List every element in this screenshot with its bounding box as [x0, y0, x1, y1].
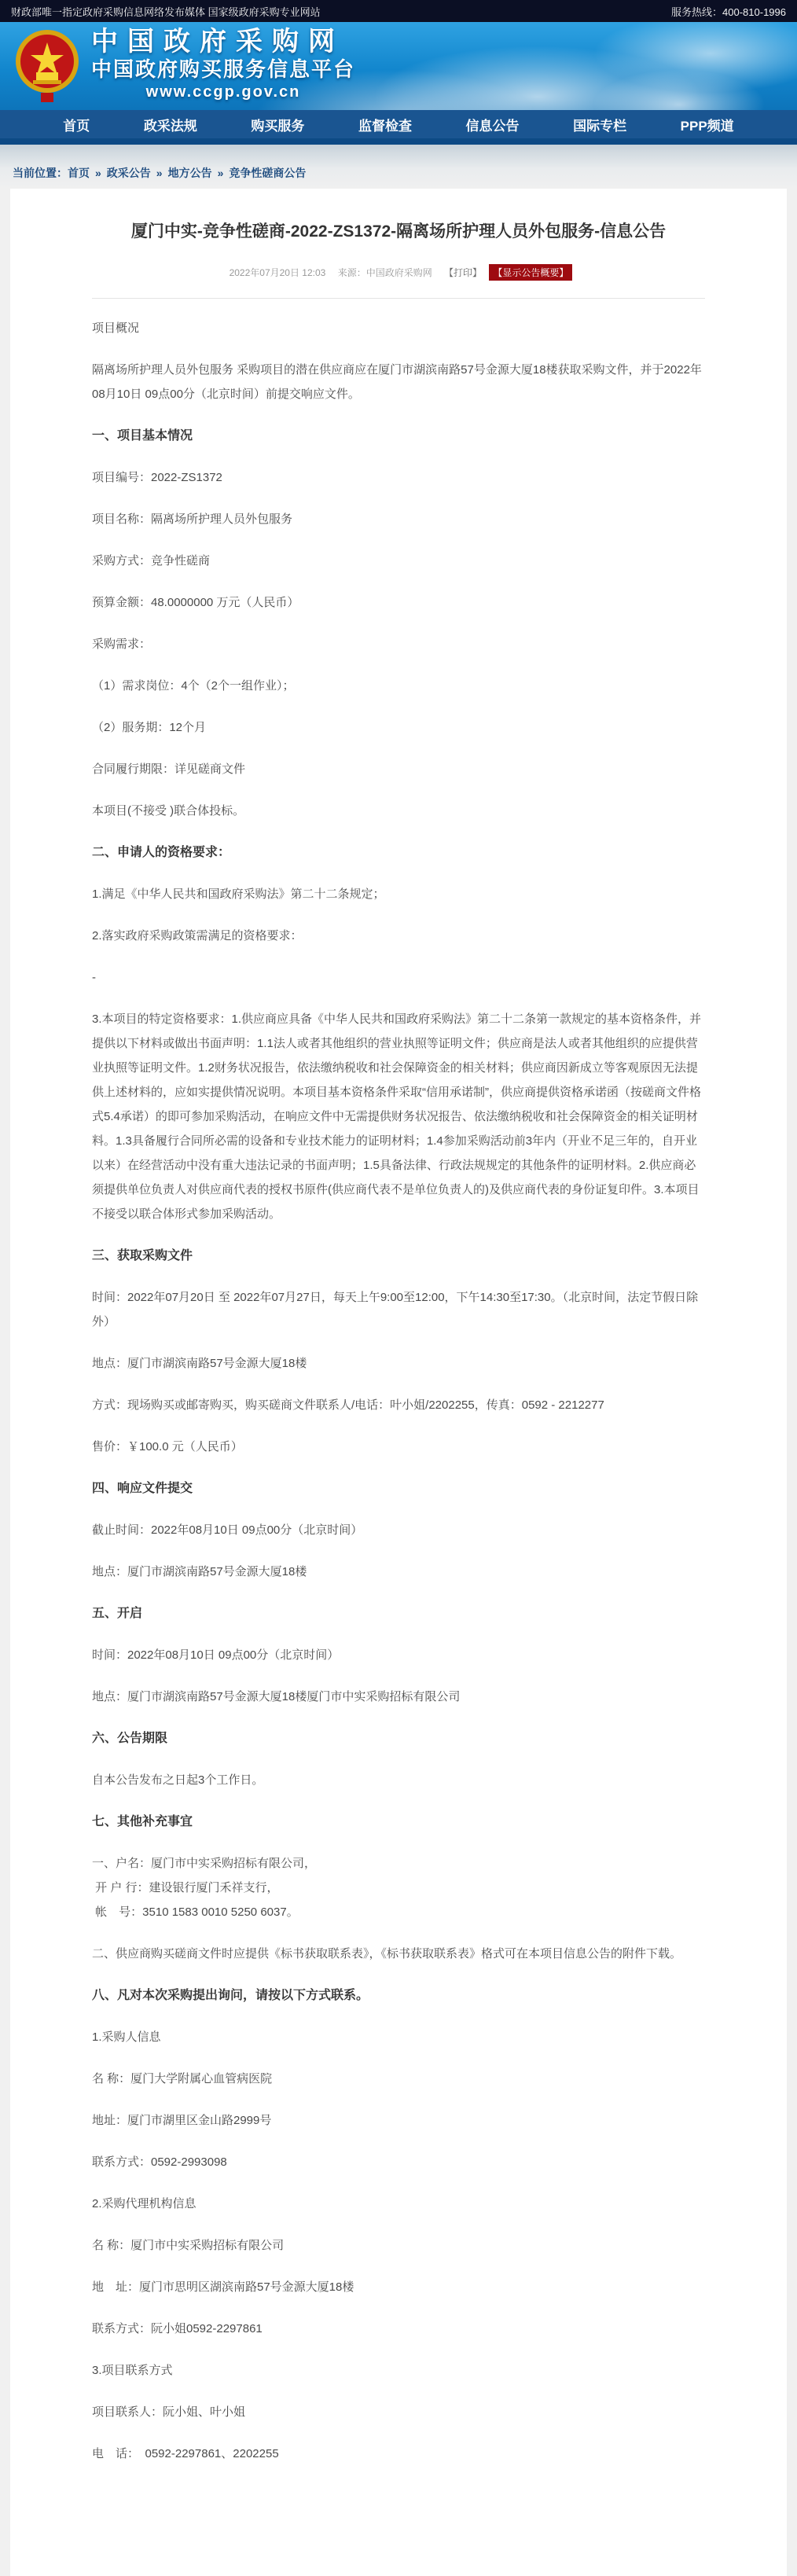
page: 财政部唯一指定政府采购信息网络发布媒体 国家级政府采购专业网站 服务热线：400…: [0, 0, 797, 2576]
breadcrumb-separator: »: [156, 167, 163, 179]
article-paragraph: 电 话： 0592-2297861、2202255: [92, 2442, 705, 2466]
article-paragraph: 时间：2022年08月10日 09点00分（北京时间）: [92, 1643, 705, 1667]
main-nav: 首页政采法规购买服务监督检查信息公告国际专栏PPP频道: [0, 110, 797, 145]
article-paragraph: 采购方式：竞争性磋商: [92, 549, 705, 573]
article-paragraph: 1.采购人信息: [92, 2025, 705, 2049]
breadcrumb-bar: 当前位置：首页»政采公告»地方公告»竞争性磋商公告: [0, 145, 797, 189]
article-paragraph: 预算金额：48.0000000 万元（人民币）: [92, 590, 705, 615]
article-paragraph: 项目联系人：阮小姐、叶小姐: [92, 2400, 705, 2424]
section-heading: 八、凡对本次采购提出询问，请按以下方式联系。: [92, 1983, 705, 2008]
article-paragraph: 地点：厦门市湖滨南路57号金源大厦18楼厦门市中实采购招标有限公司: [92, 1685, 705, 1709]
source-label: 来源：中国政府采购网: [338, 267, 432, 278]
article-paragraph: 售价：￥100.0 元（人民币）: [92, 1435, 705, 1459]
breadcrumb-item-1[interactable]: 首页: [68, 167, 90, 179]
national-emblem-icon: [14, 27, 80, 102]
article-paragraph: 项目概况: [92, 316, 705, 340]
section-heading: 五、开启: [92, 1601, 705, 1626]
article-paragraph: 1.满足《中华人民共和国政府采购法》第二十二条规定；: [92, 882, 705, 906]
section-heading: 七、其他补充事宜: [92, 1810, 705, 1834]
breadcrumb-item-4[interactable]: 竞争性磋商公告: [229, 167, 306, 179]
article-paragraph: 二、供应商购买磋商文件时应提供《标书获取联系表》，《标书获取联系表》格式可在本项…: [92, 1942, 705, 1966]
service-hotline-text: 服务热线：400-810-1996: [671, 4, 786, 19]
divider: [92, 298, 705, 299]
breadcrumb-item-2[interactable]: 政采公告: [107, 167, 151, 179]
article-paragraph: 3.项目联系方式: [92, 2358, 705, 2383]
print-button[interactable]: 【打印】: [444, 267, 482, 278]
nav-item-7[interactable]: PPP频道: [681, 115, 734, 134]
article-body: 项目概况隔离场所护理人员外包服务 采购项目的潜在供应商应在厦门市湖滨南路57号金…: [92, 316, 705, 2466]
article-paragraph: 隔离场所护理人员外包服务 采购项目的潜在供应商应在厦门市湖滨南路57号金源大厦1…: [92, 358, 705, 406]
page-title: 厦门中实-竞争性磋商-2022-ZS1372-隔离场所护理人员外包服务-信息公告: [92, 220, 705, 244]
article-paragraph: 自本公告发布之日起3个工作日。: [92, 1768, 705, 1792]
article-meta: 2022年07月20日 12:03 来源：中国政府采购网 【打印】 【显示公告概…: [92, 264, 705, 281]
breadcrumb-item-3[interactable]: 地方公告: [168, 167, 212, 179]
article-paragraph: 地点：厦门市湖滨南路57号金源大厦18楼: [92, 1351, 705, 1376]
article-paragraph: 方式：现场购买或邮寄购买，购买磋商文件联系人/电话：叶小姐/2202255，传真…: [92, 1393, 705, 1417]
breadcrumb-label: 当前位置：: [13, 167, 68, 179]
article-paragraph: 本项目(不接受 )联合体投标。: [92, 799, 705, 823]
article-paragraph: 2.落实政府采购政策需满足的资格要求：: [92, 924, 705, 948]
nav-item-2[interactable]: 政采法规: [144, 115, 197, 134]
article-paragraph: 地 址：厦门市思明区湖滨南路57号金源大厦18楼: [92, 2275, 705, 2299]
article-paragraph: 地点：厦门市湖滨南路57号金源大厦18楼: [92, 1560, 705, 1584]
site-header: 中国政府采购网 中国政府购买服务信息平台 www.ccgp.gov.cn: [0, 22, 797, 110]
article-paragraph: 项目名称：隔离场所护理人员外包服务: [92, 507, 705, 531]
article-paragraph: 截止时间：2022年08月10日 09点00分（北京时间）: [92, 1518, 705, 1542]
show-summary-button[interactable]: 【显示公告概要】: [489, 264, 572, 281]
section-heading: 四、响应文件提交: [92, 1476, 705, 1501]
site-brand[interactable]: 中国政府采购网 中国政府购买服务信息平台 www.ccgp.gov.cn: [14, 27, 355, 102]
nav-item-3[interactable]: 购买服务: [251, 115, 304, 134]
breadcrumb-separator: »: [218, 167, 224, 179]
nav-item-1[interactable]: 首页: [63, 115, 90, 134]
nav-item-4[interactable]: 监督检查: [358, 115, 412, 134]
article-paragraph: （1）需求岗位：4个（2个一组作业）；: [92, 674, 705, 698]
media-statement-text: 财政部唯一指定政府采购信息网络发布媒体 国家级政府采购专业网站: [11, 4, 321, 19]
article-paragraph: 2.采购代理机构信息: [92, 2192, 705, 2216]
article-paragraph: 地址：厦门市湖里区金山路2999号: [92, 2108, 705, 2133]
section-heading: 三、获取采购文件: [92, 1244, 705, 1268]
top-utility-bar: 财政部唯一指定政府采购信息网络发布媒体 国家级政府采购专业网站 服务热线：400…: [0, 0, 797, 22]
breadcrumb-separator: »: [95, 167, 101, 179]
brand-text: 中国政府采购网 中国政府购买服务信息平台 www.ccgp.gov.cn: [91, 27, 355, 102]
breadcrumb: 当前位置：首页»政采公告»地方公告»竞争性磋商公告: [13, 165, 306, 181]
section-heading: 一、项目基本情况: [92, 424, 705, 448]
site-title: 中国政府采购网: [91, 27, 355, 57]
site-subtitle: 中国政府购买服务信息平台: [91, 57, 355, 82]
section-heading: 二、申请人的资格要求：: [92, 840, 705, 865]
publish-datetime: 2022年07月20日 12:03: [230, 267, 326, 278]
article-paragraph: 项目编号：2022-ZS1372: [92, 465, 705, 490]
article-paragraph: 联系方式：阮小姐0592-2297861: [92, 2317, 705, 2341]
site-url: www.ccgp.gov.cn: [91, 82, 355, 102]
section-heading: 六、公告期限: [92, 1726, 705, 1751]
article-paragraph: 合同履行期限：详见磋商文件: [92, 757, 705, 781]
article-paragraph: 一、户名：厦门市中实采购招标有限公司， 开 户 行：建设银行厦门禾祥支行， 帐 …: [92, 1851, 705, 1924]
article-paragraph: 名 称：厦门大学附属心血管病医院: [92, 2067, 705, 2091]
article-paragraph: 采购需求：: [92, 632, 705, 656]
nav-item-5[interactable]: 信息公告: [466, 115, 520, 134]
announcement-container: 厦门中实-竞争性磋商-2022-ZS1372-隔离场所护理人员外包服务-信息公告…: [10, 189, 787, 2576]
article-paragraph: 3.本项目的特定资格要求：1.供应商应具备《中华人民共和国政府采购法》第二十二条…: [92, 1007, 705, 1226]
article-paragraph: （2）服务期：12个月: [92, 715, 705, 740]
nav-item-6[interactable]: 国际专栏: [573, 115, 626, 134]
article-paragraph: 名 称：厦门市中实采购招标有限公司: [92, 2233, 705, 2258]
article-paragraph: 时间：2022年07月20日 至 2022年07月27日，每天上午9:00至12…: [92, 1285, 705, 1334]
article-paragraph: 联系方式：0592-2993098: [92, 2150, 705, 2174]
article-paragraph: -: [92, 965, 705, 990]
